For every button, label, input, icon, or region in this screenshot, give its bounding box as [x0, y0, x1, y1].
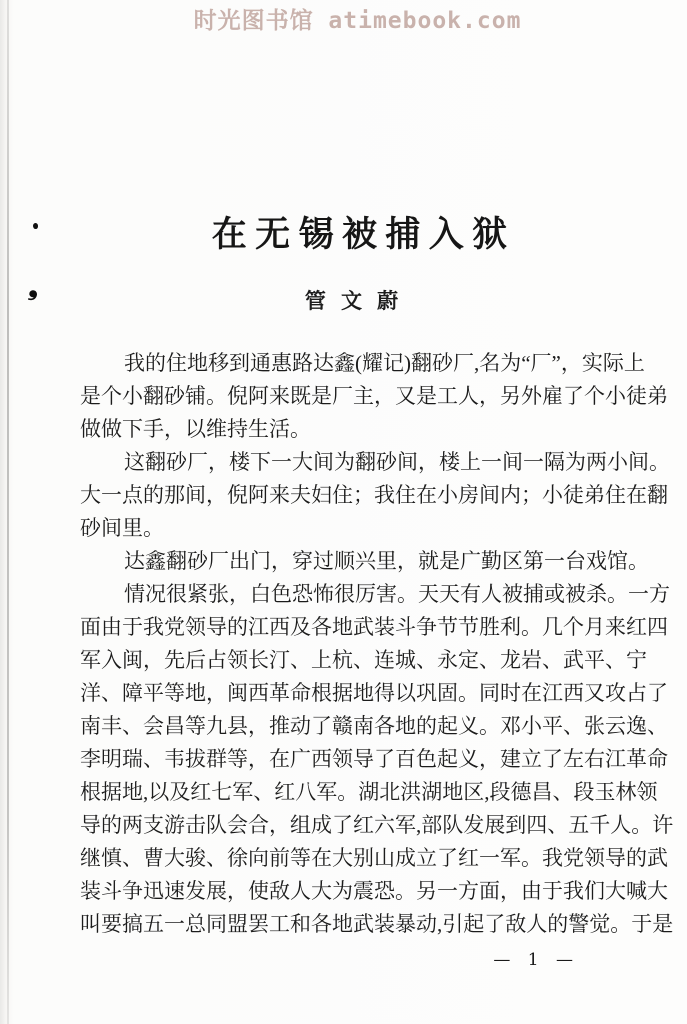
watermark-text: 时光图书馆 atimebook.com — [14, 2, 687, 35]
body-text: 我的住地移到通惠路达鑫(耀记)翻砂厂,名为“厂”，实际上是个小翻砂铺。倪阿来既是… — [80, 347, 629, 941]
text-line: 是个小翻砂铺。倪阿来既是厂主，又是工人，另外雇了个小徒弟 — [80, 380, 629, 413]
text-line: 面由于我党领导的江西及各地武装斗争节节胜利。几个月来红四 — [80, 611, 629, 644]
paragraph: 达鑫翻砂厂出门，穿过顺兴里，就是广勤区第一台戏馆。 — [80, 545, 629, 578]
text-line: 继慎、曹大骏、徐向前等在大别山成立了红一军。我党领导的武 — [80, 842, 629, 875]
text-line: 达鑫翻砂厂出门，穿过顺兴里，就是广勤区第一台戏馆。 — [80, 545, 629, 578]
text-line: 大一点的那间，倪阿来夫妇住；我住在小房间内；小徒弟住在翻 — [80, 479, 629, 512]
text-line: 装斗争迅速发展，使敌人大为震恐。另一方面，由于我们大喊大 — [80, 875, 629, 908]
page-number: — 1 — — [493, 950, 579, 970]
text-line: 这翻砂厂，楼下一大间为翻砂间，楼上一间一隔为两小间。 — [80, 446, 629, 479]
text-line: 李明瑞、韦拔群等，在广西领导了百色起义，建立了左右江革命 — [80, 743, 629, 776]
text-line: 根据地,以及红七军、红八军。湖北洪湖地区,段德昌、段玉林领 — [80, 776, 629, 809]
text-line: 情况很紧张，白色恐怖很厉害。天天有人被捕或被杀。一方 — [80, 578, 629, 611]
text-line: 我的住地移到通惠路达鑫(耀记)翻砂厂,名为“厂”，实际上 — [80, 347, 629, 380]
paragraph: 我的住地移到通惠路达鑫(耀记)翻砂厂,名为“厂”，实际上是个小翻砂铺。倪阿来既是… — [80, 347, 629, 446]
author-name: 管文蔚 — [8, 285, 687, 315]
text-line: 砂间里。 — [80, 512, 629, 545]
text-line: 做做下手，以维持生活。 — [80, 413, 629, 446]
scan-edge-line — [7, 0, 9, 1024]
text-line: 军入闽，先后占领长汀、上杭、连城、永定、龙岩、武平、宁 — [80, 644, 629, 677]
text-line: 洋、障平等地，闽西革命根据地得以巩固。同时在江西又攻占了 — [80, 677, 629, 710]
scanned-book-page: 时光图书馆 atimebook.com ❟ 在无锡被捕入狱 管文蔚 我的住地移到… — [0, 0, 687, 1024]
paragraph: 这翻砂厂，楼下一大间为翻砂间，楼上一间一隔为两小间。大一点的那间，倪阿来夫妇住；… — [80, 446, 629, 545]
paragraph: 情况很紧张，白色恐怖很厉害。天天有人被捕或被杀。一方面由于我党领导的江西及各地武… — [80, 578, 629, 941]
chapter-title: 在无锡被捕入狱 — [16, 207, 687, 257]
text-line: 导的两支游击队会合，组成了红六军,部队发展到四、五千人。许 — [80, 809, 629, 842]
text-line: 叫要搞五一总同盟罢工和各地武装暴动,引起了敌人的警觉。于是 — [80, 908, 629, 941]
text-line: 南丰、会昌等九县，推动了赣南各地的起义。邓小平、张云逸、 — [80, 710, 629, 743]
